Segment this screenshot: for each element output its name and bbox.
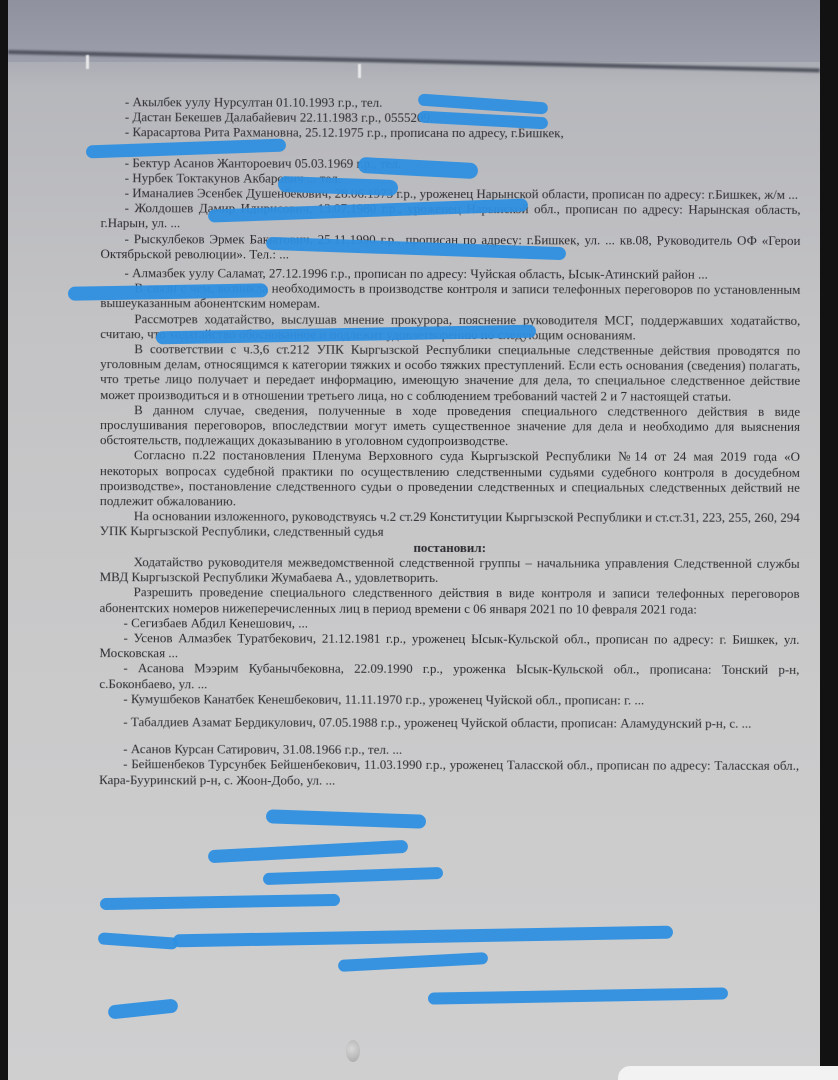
person-entry: - Бейшенбеков Турсунбек Бейшенбекович, 1… bbox=[99, 756, 799, 788]
redaction-mark bbox=[208, 840, 408, 863]
redaction-mark bbox=[98, 932, 179, 950]
person-entry: - Усенов Алмазбек Туратбекович, 21.12.19… bbox=[99, 630, 799, 662]
screen-corner bbox=[618, 1066, 838, 1080]
redaction-mark bbox=[107, 998, 178, 1019]
paragraph: Согласно п.22 постановления Пленума Верх… bbox=[100, 448, 800, 511]
paragraph: Разрешить проведение специального следст… bbox=[100, 584, 800, 616]
person-entry: - Сегизбаев Абдил Кенешович, ... bbox=[100, 615, 800, 632]
document-body: - Акылбек уулу Нурсултан 01.10.1993 г.р.… bbox=[99, 94, 801, 789]
redaction-mark bbox=[173, 926, 673, 948]
person-entry: - Карасартова Рита Рахмановна, 25.12.197… bbox=[101, 124, 801, 141]
paragraph: На основании изложенного, руководствуясь… bbox=[100, 508, 800, 540]
staple-icon bbox=[86, 55, 89, 69]
staple-icon bbox=[358, 64, 361, 78]
paragraph: Ходатайство руководителя межведомственно… bbox=[100, 554, 800, 586]
punch-hole bbox=[346, 1040, 360, 1062]
person-entry: - Иманалиев Эсенбек Душенбекович, 28.06.… bbox=[101, 185, 801, 202]
redaction-mark bbox=[338, 952, 488, 972]
redaction-mark bbox=[428, 987, 728, 1004]
person-entry: - Асанова Мээрим Кубанычбековна, 22.09.1… bbox=[99, 660, 799, 692]
redaction-mark bbox=[263, 867, 443, 885]
document-photo: - Акылбек уулу Нурсултан 01.10.1993 г.р.… bbox=[8, 0, 820, 1080]
person-entry: - Табалдиев Азамат Бердикулович, 07.05.1… bbox=[99, 714, 799, 731]
redaction-mark bbox=[100, 894, 340, 910]
paragraph: В соответствии с ч.3,6 ст.212 УПК Кыргыз… bbox=[100, 341, 800, 404]
paragraph: В данном случае, сведения, полученные в … bbox=[100, 402, 800, 449]
person-entry: - Кумушбеков Канатбек Кенешбекович, 11.1… bbox=[99, 691, 799, 708]
redaction-mark bbox=[266, 809, 426, 829]
